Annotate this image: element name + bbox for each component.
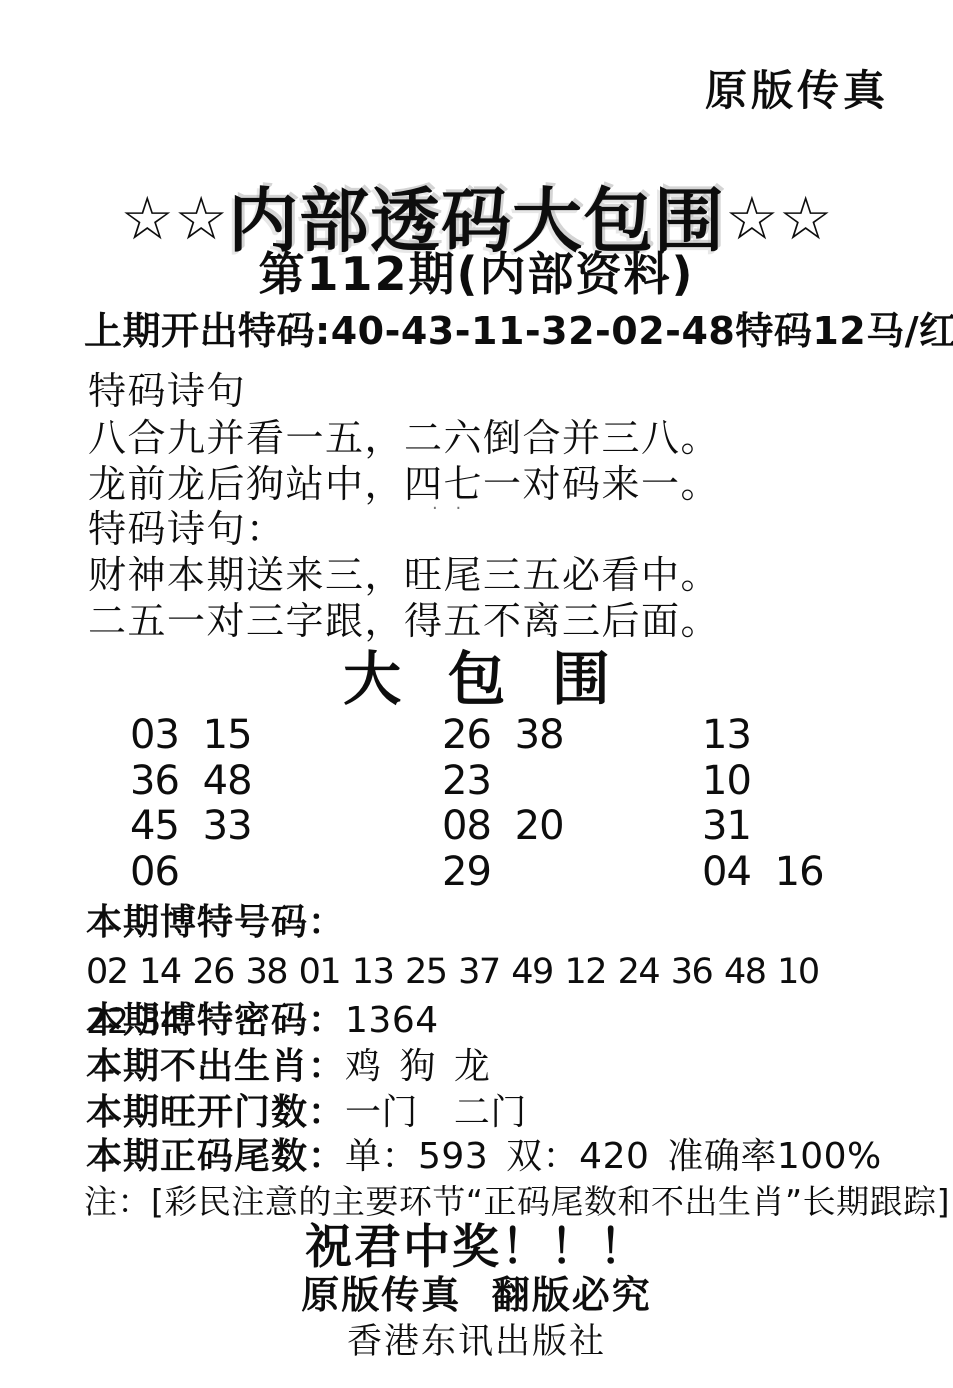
last-draw-result: 上期开出特码:40-43-11-32-02-48特码12马/红/金 <box>84 300 953 355</box>
surround-heading: 大包围 <box>0 632 953 716</box>
table-cell: 08 20 <box>442 803 564 849</box>
copyright-notice: 原版传真 翻版必究 <box>0 1264 953 1319</box>
excluded-zodiac-line: 本期不出生肖：鸡 狗 龙 <box>86 1042 950 1091</box>
table-row: 06 29 04 16 <box>130 849 920 895</box>
bote-password-line: 本期博特密码：1364 <box>86 996 950 1045</box>
excluded-zodiac-value: 鸡 狗 龙 <box>345 1046 490 1087</box>
fax-document-page: 原版传真 ☆☆内部透码大包围☆☆ 第112期(内部资料) 上期开出特码:40-4… <box>0 0 953 1388</box>
surround-number-table: 03 15 26 38 13 36 48 23 10 45 33 08 20 3… <box>130 712 920 894</box>
bote-password-value: 1364 <box>345 1000 439 1041</box>
table-cell: 13 <box>702 712 751 758</box>
table-cell: 45 33 <box>130 803 252 849</box>
table-cell: 04 16 <box>702 849 824 895</box>
table-cell: 23 <box>442 758 491 804</box>
table-cell: 31 <box>702 803 751 849</box>
bote-password-label: 本期博特密码： <box>86 1000 345 1041</box>
table-row: 03 15 26 38 13 <box>130 712 920 758</box>
bote-numbers-label: 本期博特号码： <box>86 902 345 943</box>
table-cell: 06 <box>130 849 179 895</box>
fax-noise-dots: · · <box>432 498 467 519</box>
bote-numbers-value: 02 14 26 38 01 13 25 37 49 12 24 36 48 1… <box>86 952 819 992</box>
fax-note: 原版传真 <box>705 58 889 118</box>
lucky-gates-line: 本期旺开门数：一门 二门 <box>86 1088 950 1137</box>
table-cell: 03 15 <box>130 712 252 758</box>
table-cell: 26 38 <box>442 712 564 758</box>
table-cell: 29 <box>442 849 491 895</box>
tail-numbers-label: 本期正码尾数： <box>86 1136 345 1177</box>
table-cell: 10 <box>702 758 751 804</box>
lucky-gates-value: 一门 二门 <box>345 1092 527 1133</box>
table-row: 45 33 08 20 31 <box>130 803 920 849</box>
table-row: 36 48 23 10 <box>130 758 920 804</box>
lucky-gates-label: 本期旺开门数： <box>86 1092 345 1133</box>
tail-numbers-value: 单：593 双：420 准确率100% <box>345 1136 882 1177</box>
table-cell: 36 48 <box>130 758 252 804</box>
tail-numbers-line: 本期正码尾数：单：593 双：420 准确率100% <box>86 1132 950 1181</box>
publisher-name: 香港东讯出版社 <box>0 1314 953 1364</box>
excluded-zodiac-label: 本期不出生肖： <box>86 1046 345 1087</box>
issue-number: 第112期(内部资料) <box>0 238 953 304</box>
